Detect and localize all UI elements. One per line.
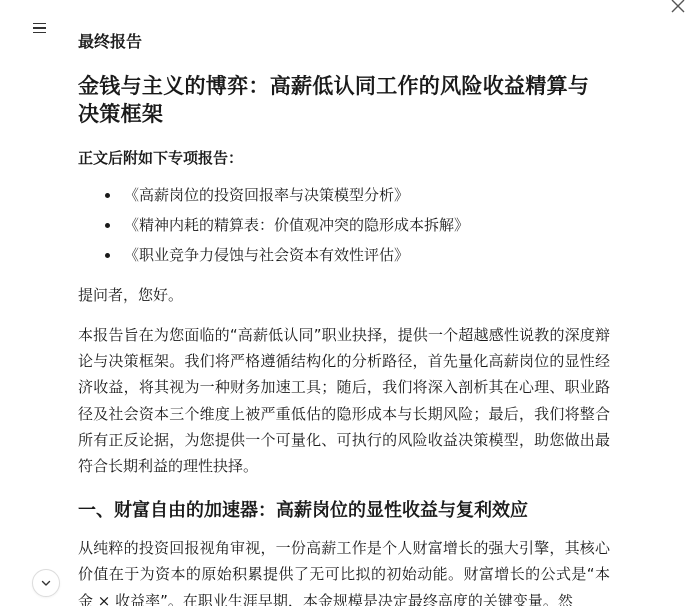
appendix-item-label: 《高薪岗位的投资回报率与决策模型分析》: [124, 186, 409, 204]
hamburger-menu-icon-line: [33, 27, 46, 29]
bullet-icon: [105, 193, 110, 198]
bullet-icon: [105, 253, 110, 258]
hamburger-menu-icon: [33, 23, 46, 25]
greeting: 提问者，您好。: [78, 282, 610, 308]
scroll-down-button[interactable]: [32, 569, 60, 597]
report-label: 最终报告: [78, 28, 610, 56]
close-button[interactable]: [668, 0, 686, 16]
bullet-icon: [105, 223, 110, 228]
appendix-label: 正文后附如下专项报告：: [78, 146, 610, 170]
report-title: 金钱与主义的博弈：高薪低认同工作的风险收益精算与决策框架: [78, 72, 610, 128]
intro-paragraph: 本报告旨在为您面临的“高薪低认同”职业抉择，提供一个超越感性说教的深度辩论与决策…: [78, 322, 610, 479]
appendix-item-label: 《精神内耗的精算表：价值观冲突的隐形成本拆解》: [124, 216, 469, 234]
close-icon: [668, 0, 686, 16]
appendix-item: 《精神内耗的精算表：价值观冲突的隐形成本拆解》: [78, 210, 610, 240]
chevron-down-icon: [40, 577, 52, 589]
appendix-item-label: 《职业竞争力侵蚀与社会资本有效性评估》: [124, 246, 409, 264]
appendix-list: 《高薪岗位的投资回报率与决策模型分析》 《精神内耗的精算表：价值观冲突的隐形成本…: [78, 180, 610, 270]
section-paragraph: 从纯粹的投资回报视角审视，一份高薪工作是个人财富增长的强大引擎，其核心价值在于为…: [78, 535, 610, 606]
report-content: 最终报告 金钱与主义的博弈：高薪低认同工作的风险收益精算与决策框架 正文后附如下…: [78, 28, 610, 606]
section-heading: 一、财富自由的加速器：高薪岗位的显性收益与复利效应: [78, 497, 610, 525]
appendix-item: 《高薪岗位的投资回报率与决策模型分析》: [78, 180, 610, 210]
menu-button[interactable]: [30, 18, 50, 38]
appendix-item: 《职业竞争力侵蚀与社会资本有效性评估》: [78, 240, 610, 270]
hamburger-menu-icon-line: [33, 32, 46, 34]
